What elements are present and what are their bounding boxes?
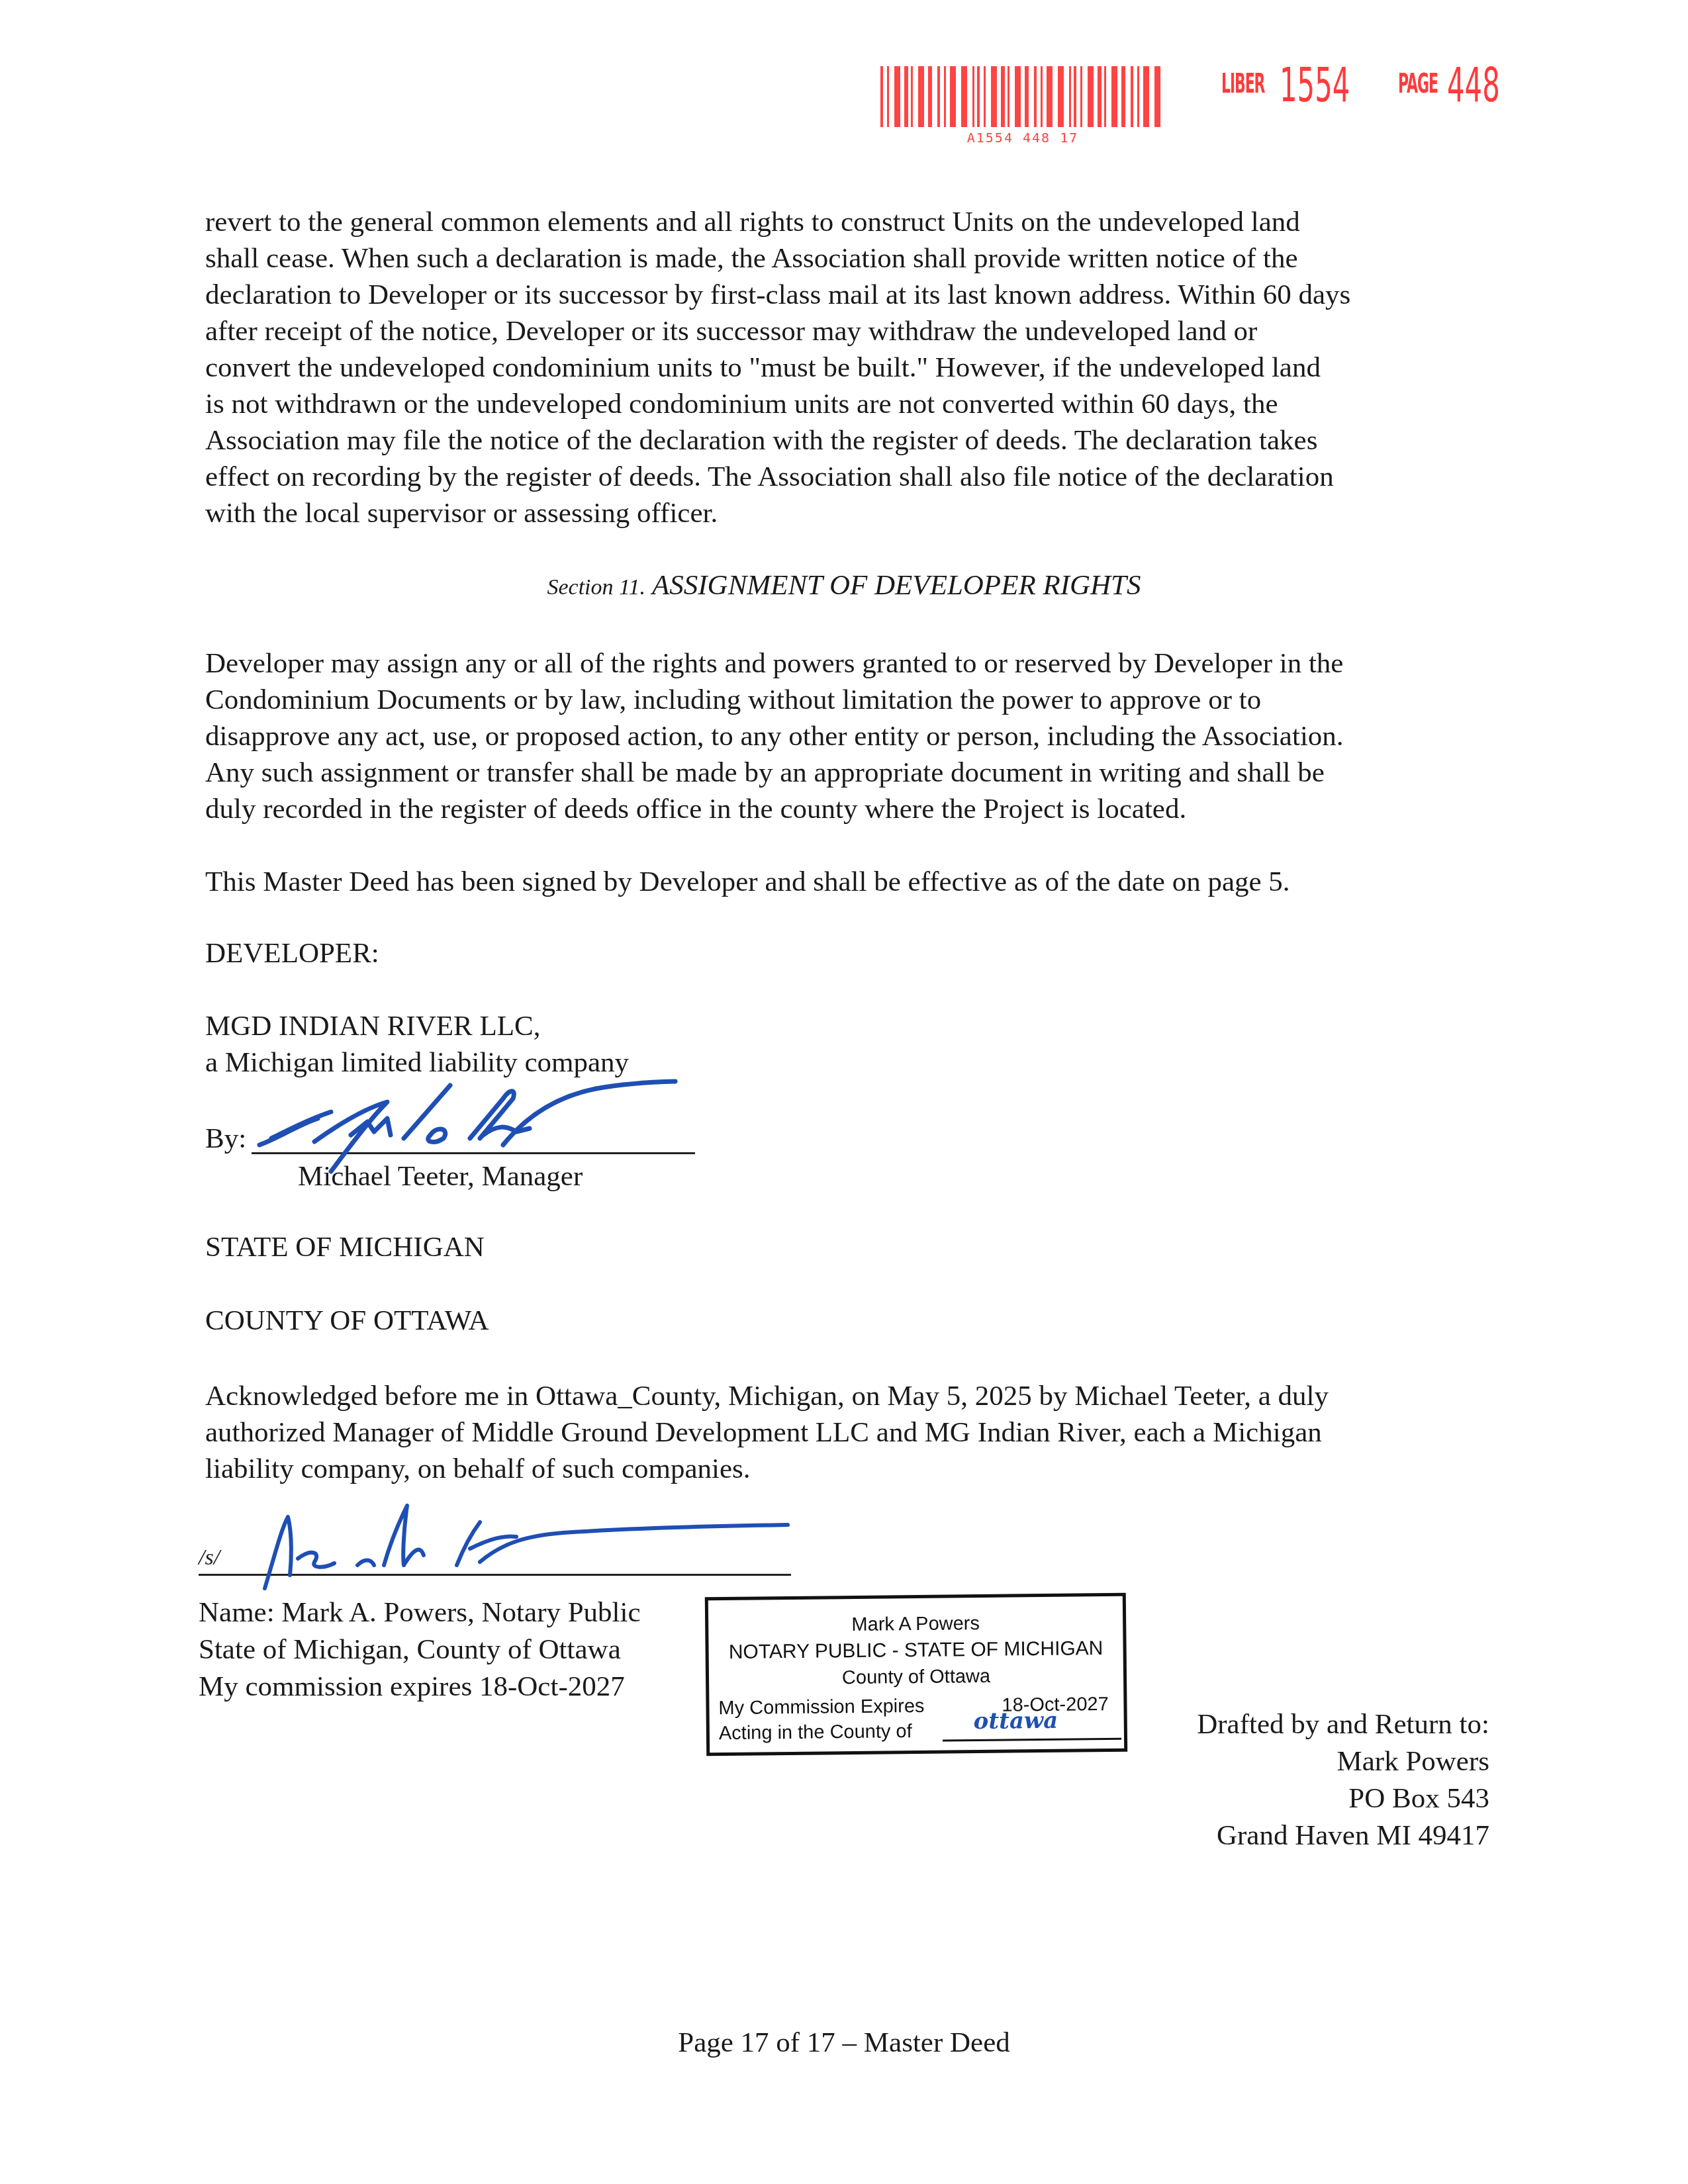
section-number: Section 11. [547,575,645,600]
return-name: Mark Powers [1197,1743,1489,1780]
acknowledgment-paragraph: Acknowledged before me in Ottawa_County,… [205,1378,1489,1487]
by-label: By: [205,1120,246,1157]
company-name: MGD INDIAN RIVER LLC, [205,1008,540,1044]
stamp-acting-label: Acting in the County of [719,1721,912,1744]
paragraph-declaration: revert to the general common elements an… [205,204,1489,531]
stamp-name: Mark A Powers [708,1611,1123,1638]
notary-stamp: Mark A Powers NOTARY PUBLIC - STATE OF M… [705,1593,1127,1756]
notary-jurisdiction: State of Michigan, County of Ottawa [199,1631,621,1668]
signer-name: Michael Teeter, Manager [298,1158,583,1195]
liber-label: LIBER [1221,69,1264,99]
stamp-expires: My Commission Expires 18-Oct-2027 [718,1693,1133,1720]
liber-number: 1554 [1280,57,1350,113]
barcode-caption: A1554 448 17 [957,130,1089,146]
stamp-acting-value: ottawa [974,1709,1058,1733]
notary-expires: My commission expires 18-Oct-2027 [199,1668,625,1705]
text-line: after receipt of the notice, Developer o… [205,313,1489,349]
effective-statement: This Master Deed has been signed by Deve… [205,864,1290,900]
stamp-title: NOTARY PUBLIC - STATE OF MICHIGAN [708,1637,1123,1664]
text-line: authorized Manager of Middle Ground Deve… [205,1414,1489,1451]
stamp-acting: Acting in the County of ottawa [719,1718,1133,1745]
signature-prefix: /s/ [199,1545,220,1570]
text-line: Association may file the notice of the d… [205,422,1489,459]
return-address-1: PO Box 543 [1197,1780,1489,1817]
return-label: Drafted by and Return to: [1197,1706,1489,1743]
stamp-county-line [943,1738,1121,1742]
text-line: revert to the general common elements an… [205,204,1489,240]
state-heading: STATE OF MICHIGAN [205,1229,485,1265]
page-number: 448 [1447,57,1500,113]
text-line: effect on recording by the register of d… [205,459,1489,495]
text-line: duly recorded in the register of deeds o… [205,791,1489,827]
notary-name: Name: Mark A. Powers, Notary Public [199,1594,641,1631]
page-footer: Page 17 of 17 – Master Deed [0,2026,1688,2059]
text-line: is not withdrawn or the undeveloped cond… [205,386,1489,422]
text-line: convert the undeveloped condominium unit… [205,349,1489,386]
text-line: with the local supervisor or assessing o… [205,495,1489,531]
section-heading: Section 11. ASSIGNMENT OF DEVELOPER RIGH… [0,569,1688,602]
text-line: disapprove any act, use, or proposed act… [205,718,1489,754]
developer-label: DEVELOPER: [205,935,379,972]
text-line: shall cease. When such a declaration is … [205,240,1489,277]
page-label: PAGE [1398,69,1438,99]
text-line: Developer may assign any or all of the r… [205,645,1489,682]
text-line: Acknowledged before me in Ottawa_County,… [205,1378,1489,1414]
paragraph-assignment: Developer may assign any or all of the r… [205,645,1489,827]
notary-signature-icon [252,1502,801,1595]
return-to-block: Drafted by and Return to: Mark Powers PO… [1197,1706,1489,1854]
stamp-county: County of Ottawa [709,1664,1123,1691]
county-heading: COUNTY OF OTTAWA [205,1302,489,1339]
text-line: declaration to Developer or its successo… [205,277,1489,313]
return-address-2: Grand Haven MI 49417 [1197,1817,1489,1854]
barcode-icon [880,66,1165,127]
text-line: Any such assignment or transfer shall be… [205,754,1489,791]
section-title: ASSIGNMENT OF DEVELOPER RIGHTS [652,570,1141,601]
text-line: liability company, on behalf of such com… [205,1451,1489,1487]
stamp-expires-label: My Commission Expires [718,1696,924,1719]
text-line: Condominium Documents or by law, includi… [205,682,1489,718]
